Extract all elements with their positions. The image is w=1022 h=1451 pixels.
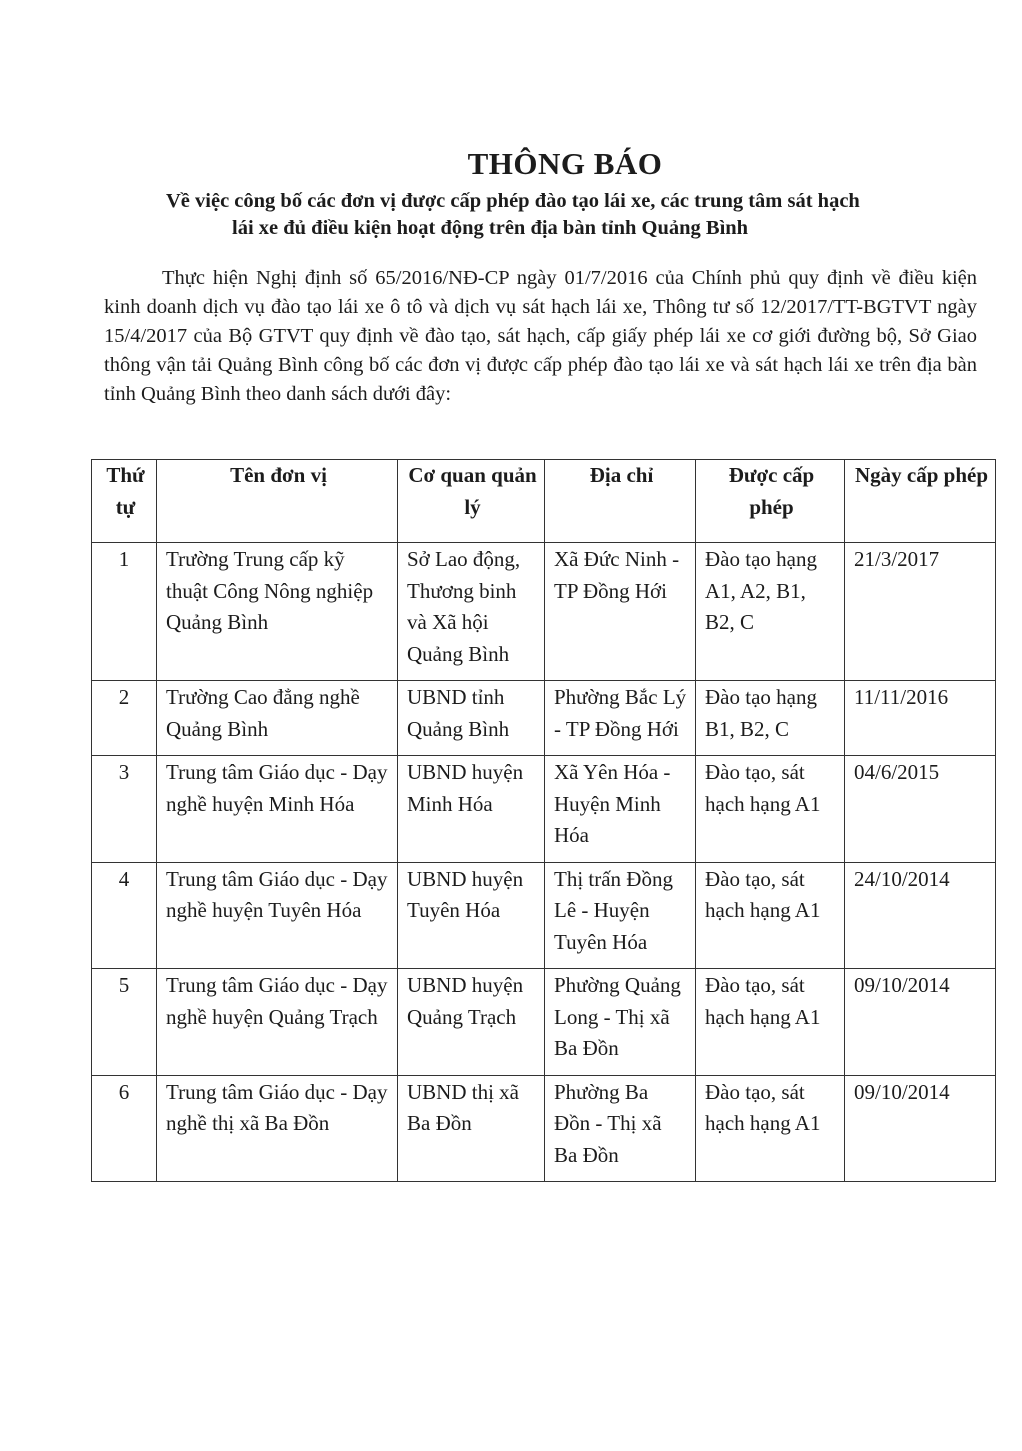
cell-unit-name: Trường Trung cấp kỹ thuật Công Nông nghi… [157, 543, 398, 681]
document-subtitle-line2: lái xe đủ điều kiện hoạt động trên địa b… [232, 215, 1022, 242]
cell-managing-agency: UBND thị xã Ba Đồn [398, 1075, 545, 1182]
table-header-row: Thứ tự Tên đơn vị Cơ quan quản lý Địa ch… [92, 460, 996, 543]
table-row: 1Trường Trung cấp kỹ thuật Công Nông ngh… [92, 543, 996, 681]
cell-unit-name: Trung tâm Giáo dục - Dạy nghề thị xã Ba … [157, 1075, 398, 1182]
cell-licensed-for: Đào tạo, sát hạch hạng A1 [696, 862, 845, 969]
header-licensed-for: Được cấp phép [696, 460, 845, 543]
cell-order: 1 [92, 543, 157, 681]
cell-managing-agency: UBND huyện Quảng Trạch [398, 969, 545, 1076]
cell-managing-agency: UBND huyện Minh Hóa [398, 756, 545, 863]
cell-license-date: 21/3/2017 [845, 543, 996, 681]
cell-order: 4 [92, 862, 157, 969]
cell-license-date: 24/10/2014 [845, 862, 996, 969]
cell-license-date: 11/11/2016 [845, 681, 996, 756]
cell-address: Thị trấn Đồng Lê - Huyện Tuyên Hóa [545, 862, 696, 969]
cell-order: 2 [92, 681, 157, 756]
table-row: 6Trung tâm Giáo dục - Dạy nghề thị xã Ba… [92, 1075, 996, 1182]
table-row: 2Trường Cao đẳng nghề Quảng BìnhUBND tỉn… [92, 681, 996, 756]
cell-unit-name: Trung tâm Giáo dục - Dạy nghề huyện Minh… [157, 756, 398, 863]
cell-managing-agency: UBND tỉnh Quảng Bình [398, 681, 545, 756]
cell-order: 6 [92, 1075, 157, 1182]
cell-unit-name: Trường Cao đẳng nghề Quảng Bình [157, 681, 398, 756]
cell-licensed-for: Đào tạo hạng B1, B2, C [696, 681, 845, 756]
cell-address: Xã Yên Hóa - Huyện Minh Hóa [545, 756, 696, 863]
table-row: 3Trung tâm Giáo dục - Dạy nghề huyện Min… [92, 756, 996, 863]
header-order: Thứ tự [92, 460, 157, 543]
cell-order: 5 [92, 969, 157, 1076]
cell-order: 3 [92, 756, 157, 863]
licensed-units-table: Thứ tự Tên đơn vị Cơ quan quản lý Địa ch… [91, 459, 996, 1182]
cell-address: Phường Quảng Long - Thị xã Ba Đồn [545, 969, 696, 1076]
intro-paragraph: Thực hiện Nghị định số 65/2016/NĐ-CP ngà… [104, 264, 977, 409]
header-managing-agency: Cơ quan quản lý [398, 460, 545, 543]
header-license-date: Ngày cấp phép [845, 460, 996, 543]
cell-licensed-for: Đào tạo hạng A1, A2, B1, B2, C [696, 543, 845, 681]
table-row: 5Trung tâm Giáo dục - Dạy nghề huyện Quả… [92, 969, 996, 1076]
document-title: THÔNG BÁO [0, 146, 1022, 182]
cell-unit-name: Trung tâm Giáo dục - Dạy nghề huyện Tuyê… [157, 862, 398, 969]
document-subtitle-line1: Về việc công bố các đơn vị được cấp phép… [166, 188, 1016, 215]
cell-license-date: 09/10/2014 [845, 969, 996, 1076]
cell-address: Xã Đức Ninh - TP Đồng Hới [545, 543, 696, 681]
cell-license-date: 04/6/2015 [845, 756, 996, 863]
header-address: Địa chỉ [545, 460, 696, 543]
cell-managing-agency: Sở Lao động, Thương binh và Xã hội Quảng… [398, 543, 545, 681]
cell-licensed-for: Đào tạo, sát hạch hạng A1 [696, 1075, 845, 1182]
cell-managing-agency: UBND huyện Tuyên Hóa [398, 862, 545, 969]
cell-license-date: 09/10/2014 [845, 1075, 996, 1182]
cell-licensed-for: Đào tạo, sát hạch hạng A1 [696, 969, 845, 1076]
cell-address: Phường Bắc Lý - TP Đồng Hới [545, 681, 696, 756]
cell-licensed-for: Đào tạo, sát hạch hạng A1 [696, 756, 845, 863]
cell-address: Phường Ba Đồn - Thị xã Ba Đồn [545, 1075, 696, 1182]
cell-unit-name: Trung tâm Giáo dục - Dạy nghề huyện Quản… [157, 969, 398, 1076]
table-row: 4Trung tâm Giáo dục - Dạy nghề huyện Tuy… [92, 862, 996, 969]
header-unit-name: Tên đơn vị [157, 460, 398, 543]
